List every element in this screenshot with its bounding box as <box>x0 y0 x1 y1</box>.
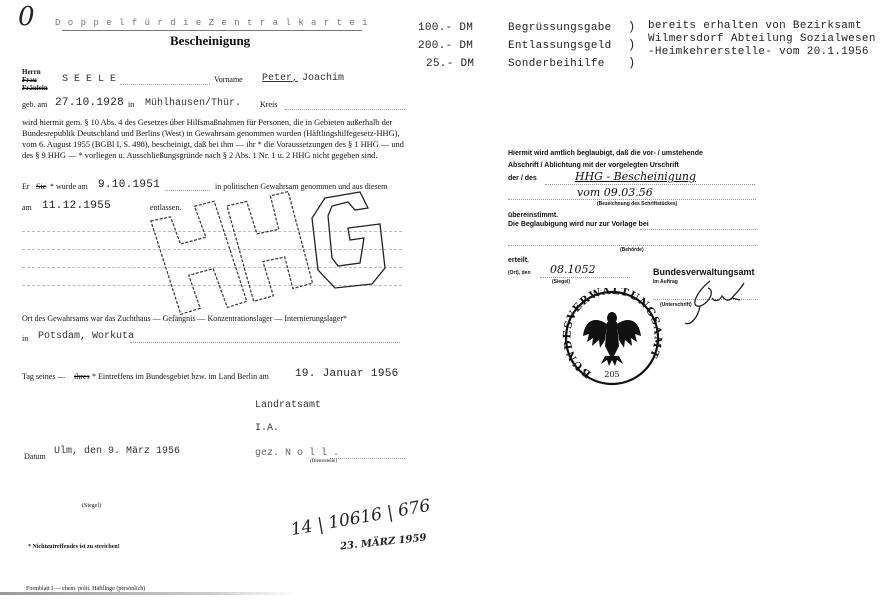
payment-amount-2: 200.- DM <box>418 40 473 52</box>
cert-line-3-rule <box>545 184 755 185</box>
born-label: geb. am <box>22 100 47 109</box>
surname-line <box>120 84 210 85</box>
cert-office: Bundesverwaltungsamt <box>653 267 755 277</box>
cert-line-7-caption: (Behörde) <box>620 247 644 253</box>
vorname-rest: Joachim <box>302 73 344 84</box>
authority: Landratsamt <box>255 400 321 411</box>
release-label: am <box>22 203 32 212</box>
received-stamp: 23. MÄRZ 1959 <box>340 533 427 553</box>
date-value: Ulm, den 9. März 1956 <box>54 446 180 457</box>
vorname-underlined: Peter, <box>262 73 298 84</box>
signature-caption: (Dienststelle) <box>310 459 337 464</box>
payment-note-2: Wilmersdorf Abteilung Sozialwesen <box>648 33 876 45</box>
payment-label-2: Entlassungsgeld <box>508 40 612 52</box>
payment-label-1: Begrüssungsgabe <box>508 22 612 34</box>
payment-note-1: bereits erhalten von Bezirksamt <box>648 20 862 32</box>
born-date: 27.10.1928 <box>55 97 124 109</box>
ia: I.A. <box>255 423 279 434</box>
arrival-label-a: Tag seines — <box>22 372 65 381</box>
cert-line-8: erteilt. <box>508 257 529 264</box>
cert-line-3-label: der / des <box>508 175 537 182</box>
arrival-struck: ihres <box>74 372 90 381</box>
salutation-frau: Frau <box>22 76 37 84</box>
cert-place-value: 08.1052 <box>550 263 596 276</box>
form-title: Bescheinigung <box>170 33 250 49</box>
bracket-1: ) <box>628 20 635 34</box>
custody-struck: Sie <box>36 182 46 191</box>
kreis-line <box>285 109 405 110</box>
cert-line-6: Die Beglaubigung wird nur zur Vorlage be… <box>508 221 649 228</box>
kreis-label: Kreis <box>260 100 277 109</box>
place-label: Ort des Gewahrsams war das Zuchthaus — G… <box>22 314 347 323</box>
bracket-3: ) <box>628 56 635 70</box>
cert-line-2: Abschrift / Ablichtung mit der vorgelegt… <box>508 162 679 169</box>
payment-note-3: -Heimkehrerstelle- vom 20.1.1956 <box>648 46 869 58</box>
payment-label-3: Sonderbeihilfe <box>508 58 605 70</box>
release-date: 11.12.1955 <box>42 200 111 212</box>
custody-prefix: Er <box>22 182 30 191</box>
header-typed: D o p p e l f ü r d i e Z e n t r a l k … <box>55 18 369 28</box>
arrival-date: 19. Januar 1956 <box>295 368 399 380</box>
cert-line-4-value: vom 09.03.56 <box>577 186 653 199</box>
salutation-fraeulein: Fräulein <box>22 84 48 92</box>
seal-number: 205 <box>604 370 619 379</box>
page-edge <box>0 592 300 595</box>
signed-name: gez. N o l l . <box>255 448 339 459</box>
arrival-label-b: * Eintreffens im Bundesgebiet bzw. im La… <box>92 372 269 381</box>
handwritten-signature <box>670 278 760 328</box>
cert-place-rule <box>540 277 630 278</box>
cert-place-label: (Ort), den <box>508 270 531 276</box>
place-line <box>130 342 400 343</box>
in-label: in <box>128 100 134 109</box>
cert-line-1: Hiermit wird amtlich beglaubigt, daß die… <box>508 150 703 157</box>
signature-line <box>330 458 405 459</box>
header-rule <box>62 30 362 31</box>
date-label: Datum <box>24 452 46 461</box>
cert-line-3-value: HHG - Bescheinigung <box>575 170 696 183</box>
place-in-label: in <box>22 334 28 343</box>
vorname-label: Vorname <box>214 75 243 84</box>
official-seal: BUNDESVERWALTUNGSAMT 205 <box>555 288 670 388</box>
payment-amount-3: 25.- DM <box>426 58 474 70</box>
hhg-stamp <box>150 188 390 318</box>
cert-line-4-rule <box>508 199 756 200</box>
birthplace: Mühlhausen/Thür. <box>145 98 241 109</box>
custody-label: * wurde am <box>50 182 88 191</box>
cert-place-caption: (Siegel) <box>552 279 570 285</box>
salutation-herrn: Herrn <box>22 68 41 76</box>
seal-caption: (Siegel) <box>82 503 101 509</box>
surname-value: S E E L E <box>62 74 116 85</box>
cert-line-7-rule <box>508 245 756 246</box>
cert-line-6-rule <box>640 229 756 230</box>
statement-text: wird hiermit gem. § 10 Abs. 4 des Gesetz… <box>22 117 407 161</box>
cert-line-4-caption: (Bezeichnung des Schriftstückes) <box>597 201 677 207</box>
bracket-2: ) <box>628 38 635 52</box>
payment-amount-1: 100.- DM <box>418 22 473 34</box>
footnote: * Nichtzutreffendes ist zu streichen! <box>28 544 120 550</box>
cert-line-5: übereinstimmt. <box>508 212 558 219</box>
corner-mark: 0 <box>18 2 35 32</box>
place-value: Potsdam, Workuta <box>38 331 134 342</box>
